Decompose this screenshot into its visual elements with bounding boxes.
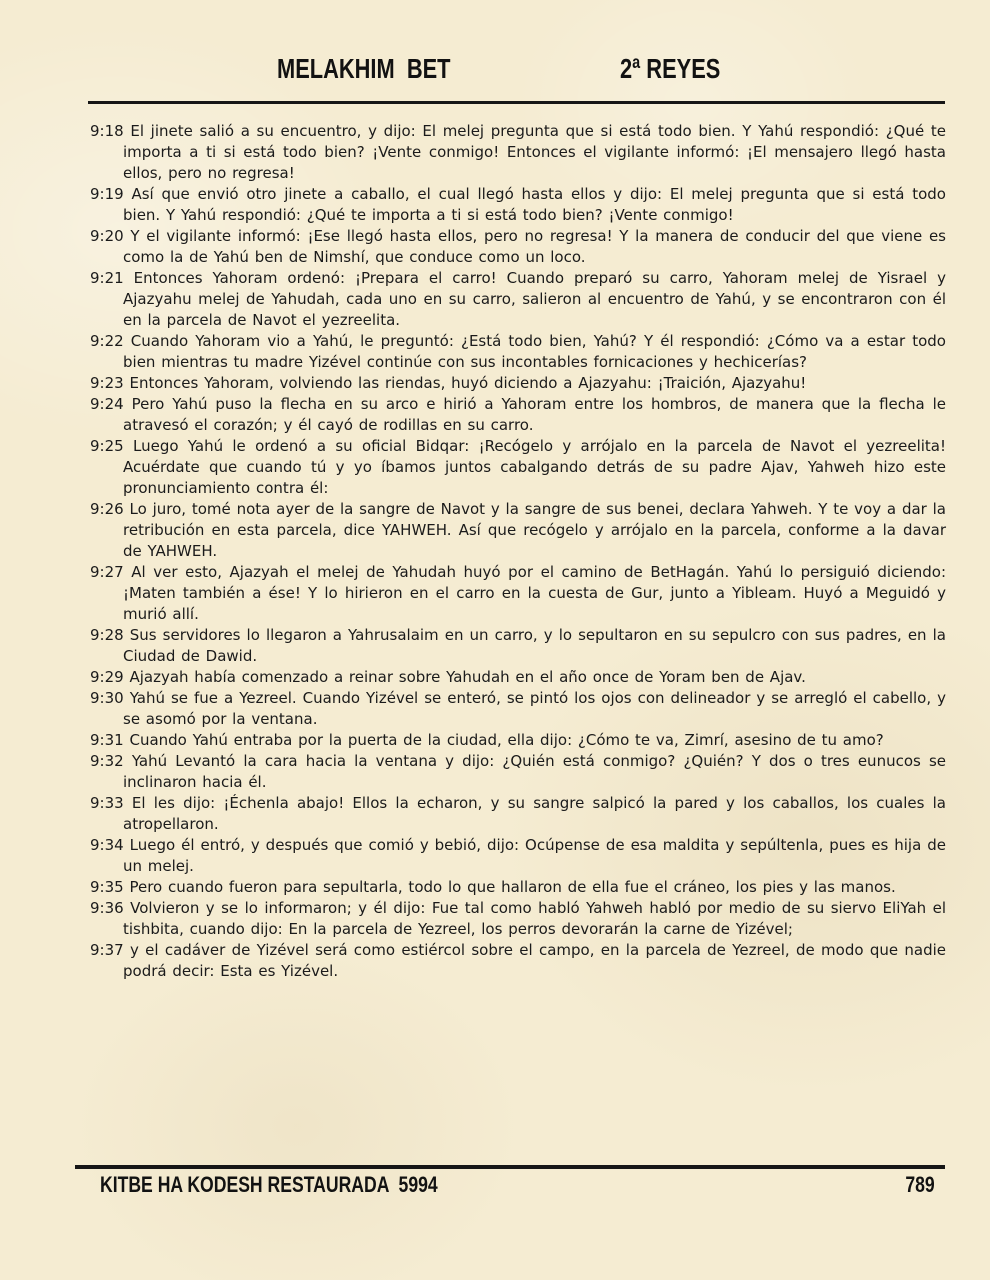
verse-number: 9:30: [90, 689, 124, 707]
verse-number: 9:21: [90, 269, 124, 287]
verse: 9:25 Luego Yahú le ordenó a su oficial B…: [90, 436, 946, 499]
verse: 9:36 Volvieron y se lo informaron; y él …: [90, 898, 946, 940]
verse-number: 9:23: [90, 374, 124, 392]
verse-text: El les dijo: ¡Échenla abajo! Ellos la ec…: [123, 794, 946, 833]
header-divider: [88, 101, 945, 104]
verse-text: Lo juro, tomé nota ayer de la sangre de …: [123, 500, 946, 560]
verse-text: Pero cuando fueron para sepultarla, todo…: [129, 878, 895, 896]
verse-number: 9:34: [90, 836, 124, 854]
footer-page-number: 789: [906, 1173, 935, 1197]
verse-text: Yahú Levantó la cara hacia la ventana y …: [123, 752, 946, 791]
verse-number: 9:20: [90, 227, 124, 245]
verse-text: Entonces Yahoram ordenó: ¡Prepara el car…: [123, 269, 946, 329]
verse-text: El jinete salió a su encuentro, y dijo: …: [123, 122, 946, 182]
verse-number: 9:33: [90, 794, 124, 812]
verse: 9:35 Pero cuando fueron para sepultarla,…: [90, 877, 946, 898]
verse: 9:31 Cuando Yahú entraba por la puerta d…: [90, 730, 946, 751]
verse: 9:26 Lo juro, tomé nota ayer de la sangr…: [90, 499, 946, 562]
verse-number: 9:36: [90, 899, 124, 917]
verse: 9:27 Al ver esto, Ajazyah el melej de Ya…: [90, 562, 946, 625]
verse-number: 9:25: [90, 437, 124, 455]
page-title-transliterated: MELAKHIM BET: [277, 55, 451, 83]
verse: 9:29 Ajazyah había comenzado a reinar so…: [90, 667, 946, 688]
verse: 9:19 Así que envió otro jinete a caballo…: [90, 184, 946, 226]
verse-text: Luego Yahú le ordenó a su oficial Bidqar…: [123, 437, 946, 497]
verse-text: Cuando Yahú entraba por la puerta de la …: [129, 731, 883, 749]
verse-number: 9:31: [90, 731, 124, 749]
verse-text: Al ver esto, Ajazyah el melej de Yahudah…: [123, 563, 946, 623]
verse-number: 9:19: [90, 185, 124, 203]
verse: 9:22 Cuando Yahoram vio a Yahú, le pregu…: [90, 331, 946, 373]
verse: 9:23 Entonces Yahoram, volviendo las rie…: [90, 373, 946, 394]
footer-divider: [75, 1165, 945, 1169]
page-title-spanish: 2ª REYES: [620, 55, 720, 83]
verse-number: 9:35: [90, 878, 124, 896]
verse: 9:32 Yahú Levantó la cara hacia la venta…: [90, 751, 946, 793]
verse-text: Así que envió otro jinete a caballo, el …: [123, 185, 946, 224]
verse-number: 9:22: [90, 332, 124, 350]
verse-list: 9:18 El jinete salió a su encuentro, y d…: [90, 121, 946, 982]
verse-text: Volvieron y se lo informaron; y él dijo:…: [123, 899, 946, 938]
verse: 9:28 Sus servidores lo llegaron a Yahrus…: [90, 625, 946, 667]
verse-number: 9:32: [90, 752, 124, 770]
verse-text: Entonces Yahoram, volviendo las riendas,…: [129, 374, 806, 392]
verse-text: Y el vigilante informó: ¡Ese llegó hasta…: [123, 227, 946, 266]
verse-text: Cuando Yahoram vio a Yahú, le preguntó: …: [123, 332, 946, 371]
verse: 9:33 El les dijo: ¡Échenla abajo! Ellos …: [90, 793, 946, 835]
verse: 9:34 Luego él entró, y después que comió…: [90, 835, 946, 877]
verse-number: 9:26: [90, 500, 124, 518]
verse: 9:37 y el cadáver de Yizével será como e…: [90, 940, 946, 982]
verse-number: 9:37: [90, 941, 124, 959]
verse-text: Sus servidores lo llegaron a Yahrusalaim…: [123, 626, 946, 665]
footer-edition-name: KITBE HA KODESH RESTAURADA 5994: [100, 1173, 438, 1197]
verse: 9:21 Entonces Yahoram ordenó: ¡Prepara e…: [90, 268, 946, 331]
verse: 9:24 Pero Yahú puso la flecha en su arco…: [90, 394, 946, 436]
verse-number: 9:29: [90, 668, 124, 686]
verse-text: y el cadáver de Yizével será como estiér…: [123, 941, 946, 980]
verse-number: 9:18: [90, 122, 124, 140]
verse: 9:18 El jinete salió a su encuentro, y d…: [90, 121, 946, 184]
verse-text: Pero Yahú puso la flecha en su arco e hi…: [123, 395, 946, 434]
verse-number: 9:24: [90, 395, 124, 413]
verse-number: 9:27: [90, 563, 124, 581]
verse: 9:20 Y el vigilante informó: ¡Ese llegó …: [90, 226, 946, 268]
verse-text: Luego él entró, y después que comió y be…: [123, 836, 946, 875]
verse-text: Ajazyah había comenzado a reinar sobre Y…: [129, 668, 805, 686]
verse-number: 9:28: [90, 626, 124, 644]
verse-text: Yahú se fue a Yezreel. Cuando Yizével se…: [123, 689, 946, 728]
scripture-page: MELAKHIM BET 2ª REYES 9:18 El jinete sal…: [0, 0, 990, 1280]
page-footer: KITBE HA KODESH RESTAURADA 5994 789: [100, 1173, 935, 1197]
verse: 9:30 Yahú se fue a Yezreel. Cuando Yizév…: [90, 688, 946, 730]
